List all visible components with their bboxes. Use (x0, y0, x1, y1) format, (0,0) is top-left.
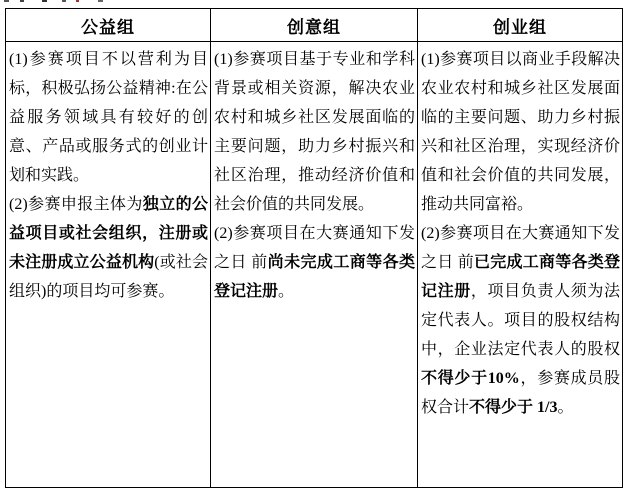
cell-entrepreneurship-requirements: (1)参赛项目以商业手段解决农业农村和城乡社区发展面临的主要问题、助力乡村振兴和… (418, 42, 623, 488)
cell-public-welfare-requirements: (1)参赛项目不以营利为目标，积极弘扬公益精神:在公益服务领域具有较好的创意、产… (6, 42, 211, 488)
header-entrepreneurship-group: 创业组 (418, 9, 623, 42)
header-creative-group: 创意组 (211, 9, 418, 42)
body-row: (1)参赛项目不以营利为目标，积极弘扬公益精神:在公益服务领域具有较好的创意、产… (6, 42, 623, 488)
header-public-welfare-group: 公益组 (6, 9, 211, 42)
paragraph-1: (1)参赛项目以商业手段解决农业农村和城乡社区发展面临的主要问题、助力乡村振兴和… (421, 45, 620, 219)
cell-creative-requirements: (1)参赛项目基于专业和学科背景或相关资源，解决农业农村和城乡社区发展面临的主要… (211, 42, 418, 488)
cropped-text-fragment (0, 0, 120, 3)
text-segment-bold: 不得少于10% (421, 370, 520, 387)
header-row: 公益组 创意组 创业组 (6, 9, 623, 42)
text-segment: (1)参赛项目不以营利为目标，积极弘扬公益精神:在公益服务领域具有较好的创意、产… (9, 51, 208, 184)
paragraph-1: (1)参赛项目基于专业和学科背景或相关资源，解决农业农村和城乡社区发展面临的主要… (214, 45, 415, 219)
competition-groups-table: 公益组 创意组 创业组 (1)参赛项目不以营利为目标，积极弘扬公益精神:在公益服… (5, 8, 623, 488)
text-segment: 。 (557, 399, 573, 416)
paragraph-2: (2)参赛申报主体为独立的公益项目或社会组织，注册或未注册成立公益机构(或社会组… (9, 190, 208, 306)
paragraph-2: (2)参赛项目在大赛通知下发之日 前已完成工商等各类登记注册，项目负责人须为法定… (421, 219, 620, 422)
text-segment: (1)参赛项目以商业手段解决农业农村和城乡社区发展面临的主要问题、助力乡村振兴和… (421, 51, 620, 213)
text-segment: (1)参赛项目基于专业和学科背景或相关资源，解决农业农村和城乡社区发展面临的主要… (214, 51, 415, 213)
paragraph-1: (1)参赛项目不以营利为目标，积极弘扬公益精神:在公益服务领域具有较好的创意、产… (9, 45, 208, 190)
paragraph-2: (2)参赛项目在大赛通知下发之日 前尚未完成工商等各类登记注册。 (214, 219, 415, 306)
text-segment: (2)参赛申报主体为 (9, 196, 143, 213)
text-segment-bold: 不得少于 1/3 (469, 399, 557, 416)
document-page: 公益组 创意组 创业组 (1)参赛项目不以营利为目标，积极弘扬公益精神:在公益服… (0, 0, 625, 489)
text-segment: 。 (278, 283, 294, 300)
